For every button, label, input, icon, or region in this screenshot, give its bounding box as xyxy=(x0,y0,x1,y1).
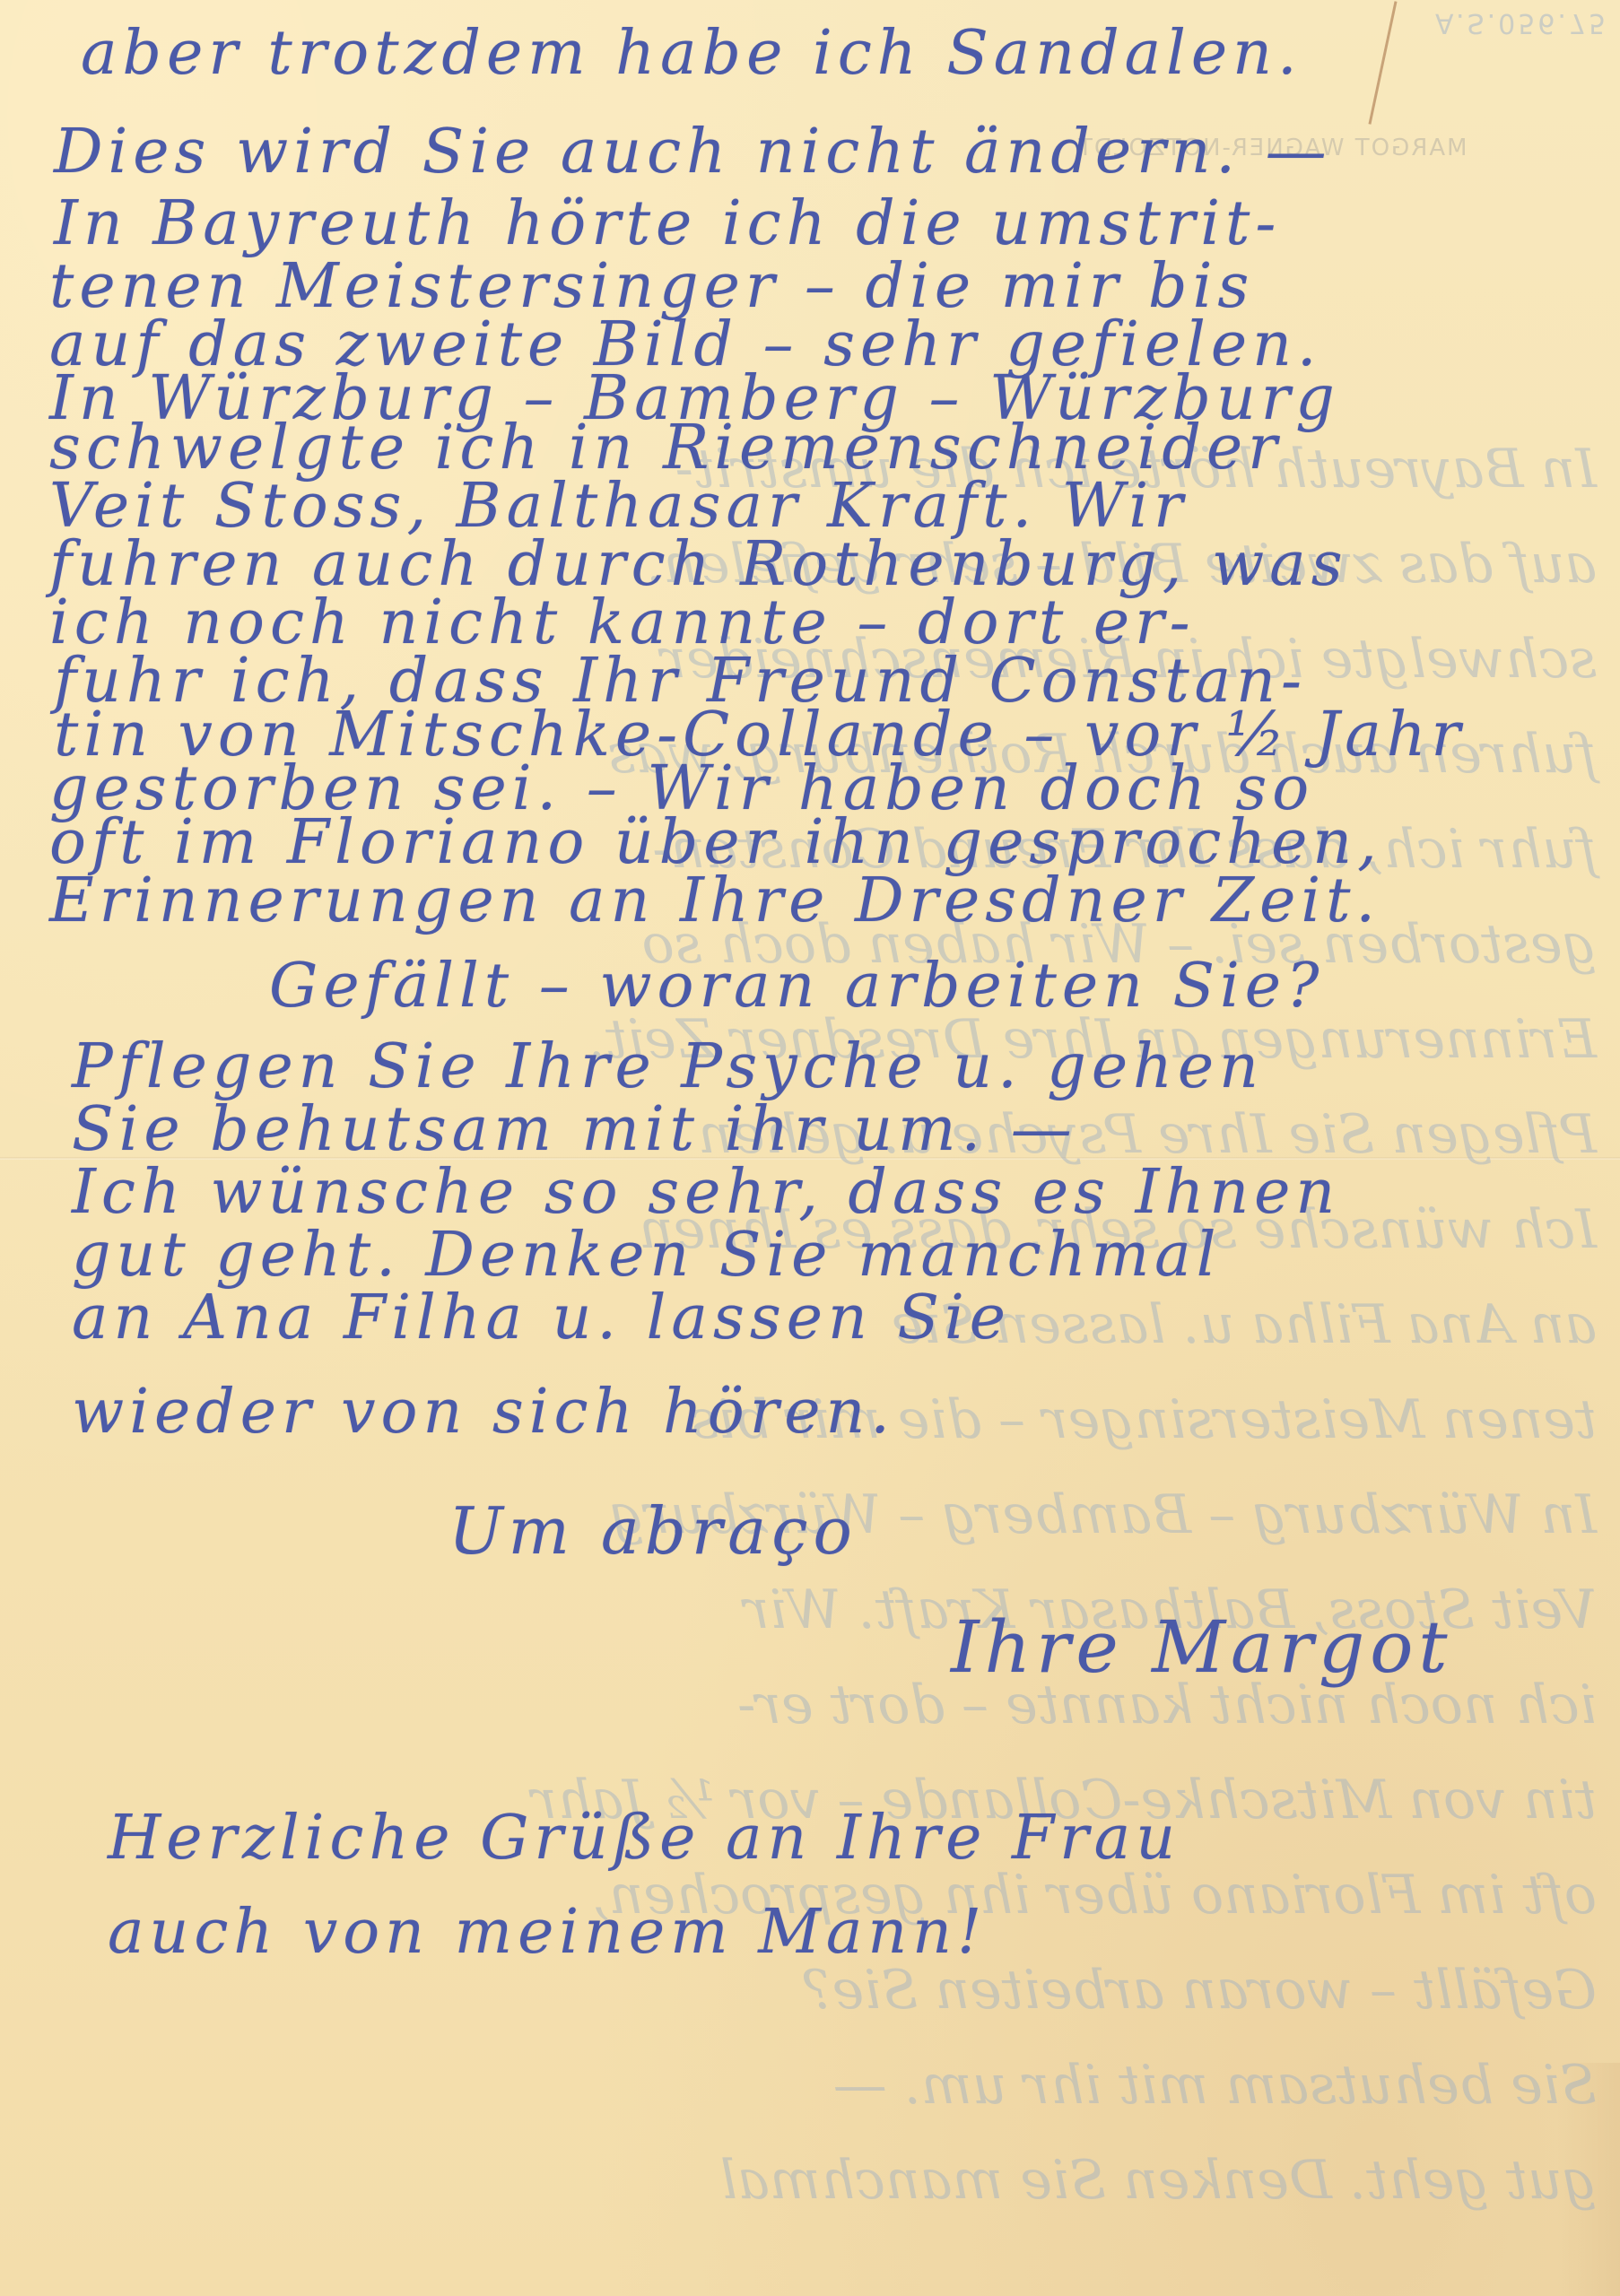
letter-line: Erinnerungen an Ihre Dresdner Zeit. xyxy=(49,865,1380,936)
letter-signature: Ihre Margot xyxy=(951,1605,1453,1689)
letter-line: Pflegen Sie Ihre Psyche u. gehen xyxy=(72,1031,1264,1102)
letter-line: wieder von sich hören. xyxy=(72,1377,895,1448)
letter-line: Ich wünsche so sehr, dass es Ihnen xyxy=(72,1157,1340,1228)
letter-line: Gefällt – woran arbeiten Sie? xyxy=(269,951,1325,1022)
letter-line: aber trotzdem habe ich Sandalen. xyxy=(81,18,1302,89)
postscript-line: auch von meinem Mann! xyxy=(108,1897,987,1968)
letter-closing: Um abraço xyxy=(449,1493,858,1569)
letter-line: Dies wird Sie auch nicht ändern. — xyxy=(54,117,1332,187)
postscript-line: Herzliche Grüße an Ihre Frau xyxy=(108,1803,1180,1874)
letter-line: Sie behutsam mit ihr um. — xyxy=(72,1094,1077,1165)
letter-line: gut geht. Denken Sie manchmal xyxy=(72,1220,1221,1291)
letter-page: aber trotzdem habe ich Sandalen. Dies wi… xyxy=(0,0,1620,2296)
letter-line: an Ana Filha u. lassen Sie xyxy=(72,1283,1011,1353)
letter-line: In Bayreuth hörte ich die umstrit- xyxy=(54,188,1281,259)
